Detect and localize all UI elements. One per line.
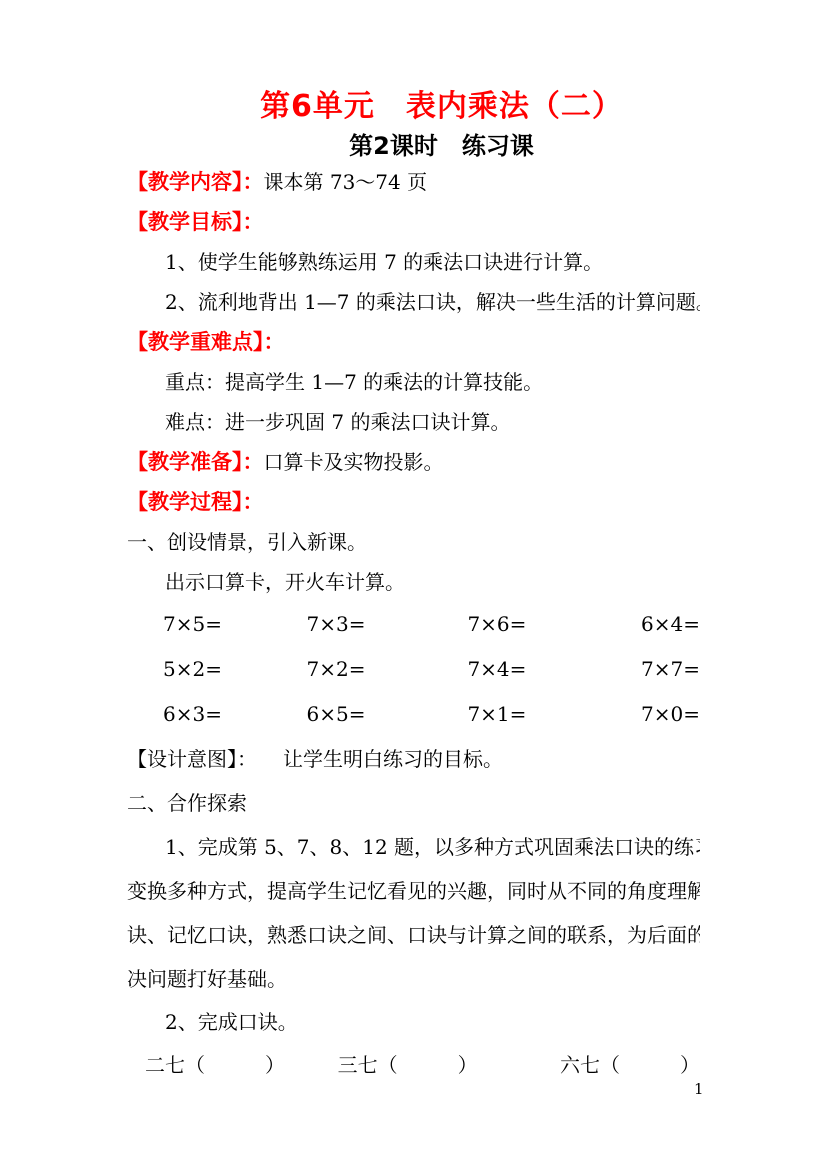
oral-calc-cell: 7×2=: [307, 647, 468, 692]
oral-calc-cell: 6×5=: [307, 692, 468, 737]
key-point-emphasis: 重点：提高学生 1—7 的乘法的计算技能。: [127, 362, 700, 402]
page-number: 1: [694, 1080, 704, 1098]
key-point-difficulty: 难点：进一步巩固 7 的乘法口诀计算。: [127, 402, 700, 442]
preparation-label: 【教学准备】：: [127, 450, 264, 474]
oral-calc-cell: 7×7=: [641, 647, 700, 692]
teaching-goals-label: 【教学目标】：: [127, 210, 264, 234]
oral-calc-cell: 7×6=: [467, 602, 641, 647]
oral-calc-grid: 7×5= 7×3= 7×6= 6×4= 5×2= 7×2= 7×4= 7×7= …: [127, 602, 700, 737]
design-intent: 【设计意图】：让学生明白练习的目标。: [127, 737, 700, 781]
step2-para2: 2、完成口诀。: [127, 1001, 700, 1044]
step2-paragraph-line: 决问题打好基础。: [127, 957, 700, 1001]
step2-paragraph-line: 变换多种方式，提高学生记忆看见的兴趣，同时从不同的角度理解口: [127, 869, 700, 913]
step1-heading: 一、创设情景，引入新课。: [127, 522, 700, 562]
teaching-content-label: 【教学内容】：: [127, 170, 264, 194]
goal-item-1: 1、使学生能够熟练运用 7 的乘法口诀进行计算。: [127, 242, 700, 282]
oral-calc-cell: 7×1=: [467, 692, 641, 737]
page-title: 第6单元 表内乘法（二）: [127, 88, 700, 126]
document-page: 第6单元 表内乘法（二） 第2课时 练习课 【教学内容】：课本第 73～74 页…: [0, 0, 827, 1169]
oral-calc-cell: 6×3=: [163, 692, 307, 737]
step2-paragraph-line: 诀、记忆口诀，熟悉口诀之间、口诀与计算之间的联系，为后面的解: [127, 913, 700, 957]
oral-calc-cell: 7×0=: [641, 692, 700, 737]
process-label: 【教学过程】：: [127, 490, 264, 514]
oral-calc-cell: 7×3=: [307, 602, 468, 647]
section-teaching-content: 【教学内容】：课本第 73～74 页: [127, 162, 700, 202]
goal-item-2: 2、流利地背出 1—7 的乘法口诀，解决一些生活的计算问题。: [127, 282, 700, 322]
step1-intro: 出示口算卡，开火车计算。: [127, 562, 700, 602]
formula-blank: 二七（ ）: [145, 1044, 338, 1087]
key-points-label: 【教学重难点】：: [127, 330, 285, 354]
design-intent-label: 【设计意图】：: [127, 747, 257, 771]
preparation-text: 口算卡及实物投影。: [264, 450, 444, 474]
section-key-points: 【教学重难点】：: [127, 322, 700, 362]
design-intent-text: 让学生明白练习的目标。: [283, 747, 503, 771]
formula-blanks-row: 二七（ ） 三七（ ） 六七（ ）: [127, 1044, 700, 1087]
section-preparation: 【教学准备】：口算卡及实物投影。: [127, 442, 700, 482]
oral-calc-cell: 6×4=: [641, 602, 700, 647]
step2-heading: 二、合作探索: [127, 781, 700, 825]
step2-paragraph-line: 1、完成第 5、7、8、12 题，以多种方式巩固乘法口诀的练习，: [127, 825, 700, 869]
oral-calc-row: 7×5= 7×3= 7×6= 6×4=: [127, 602, 700, 647]
section-process: 【教学过程】：: [127, 482, 700, 522]
oral-calc-cell: 7×4=: [467, 647, 641, 692]
document-body: 第6单元 表内乘法（二） 第2课时 练习课 【教学内容】：课本第 73～74 页…: [0, 0, 827, 1087]
teaching-content-text: 课本第 73～74 页: [264, 170, 428, 194]
oral-calc-row: 5×2= 7×2= 7×4= 7×7=: [127, 647, 700, 692]
oral-calc-row: 6×3= 6×5= 7×1= 7×0=: [127, 692, 700, 737]
oral-calc-cell: 5×2=: [163, 647, 307, 692]
oral-calc-cell: 7×5=: [163, 602, 307, 647]
page-subtitle: 第2课时 练习课: [127, 130, 700, 162]
formula-blank: 六七（ ）: [560, 1044, 700, 1087]
section-teaching-goals: 【教学目标】：: [127, 202, 700, 242]
formula-blank: 三七（ ）: [338, 1044, 560, 1087]
